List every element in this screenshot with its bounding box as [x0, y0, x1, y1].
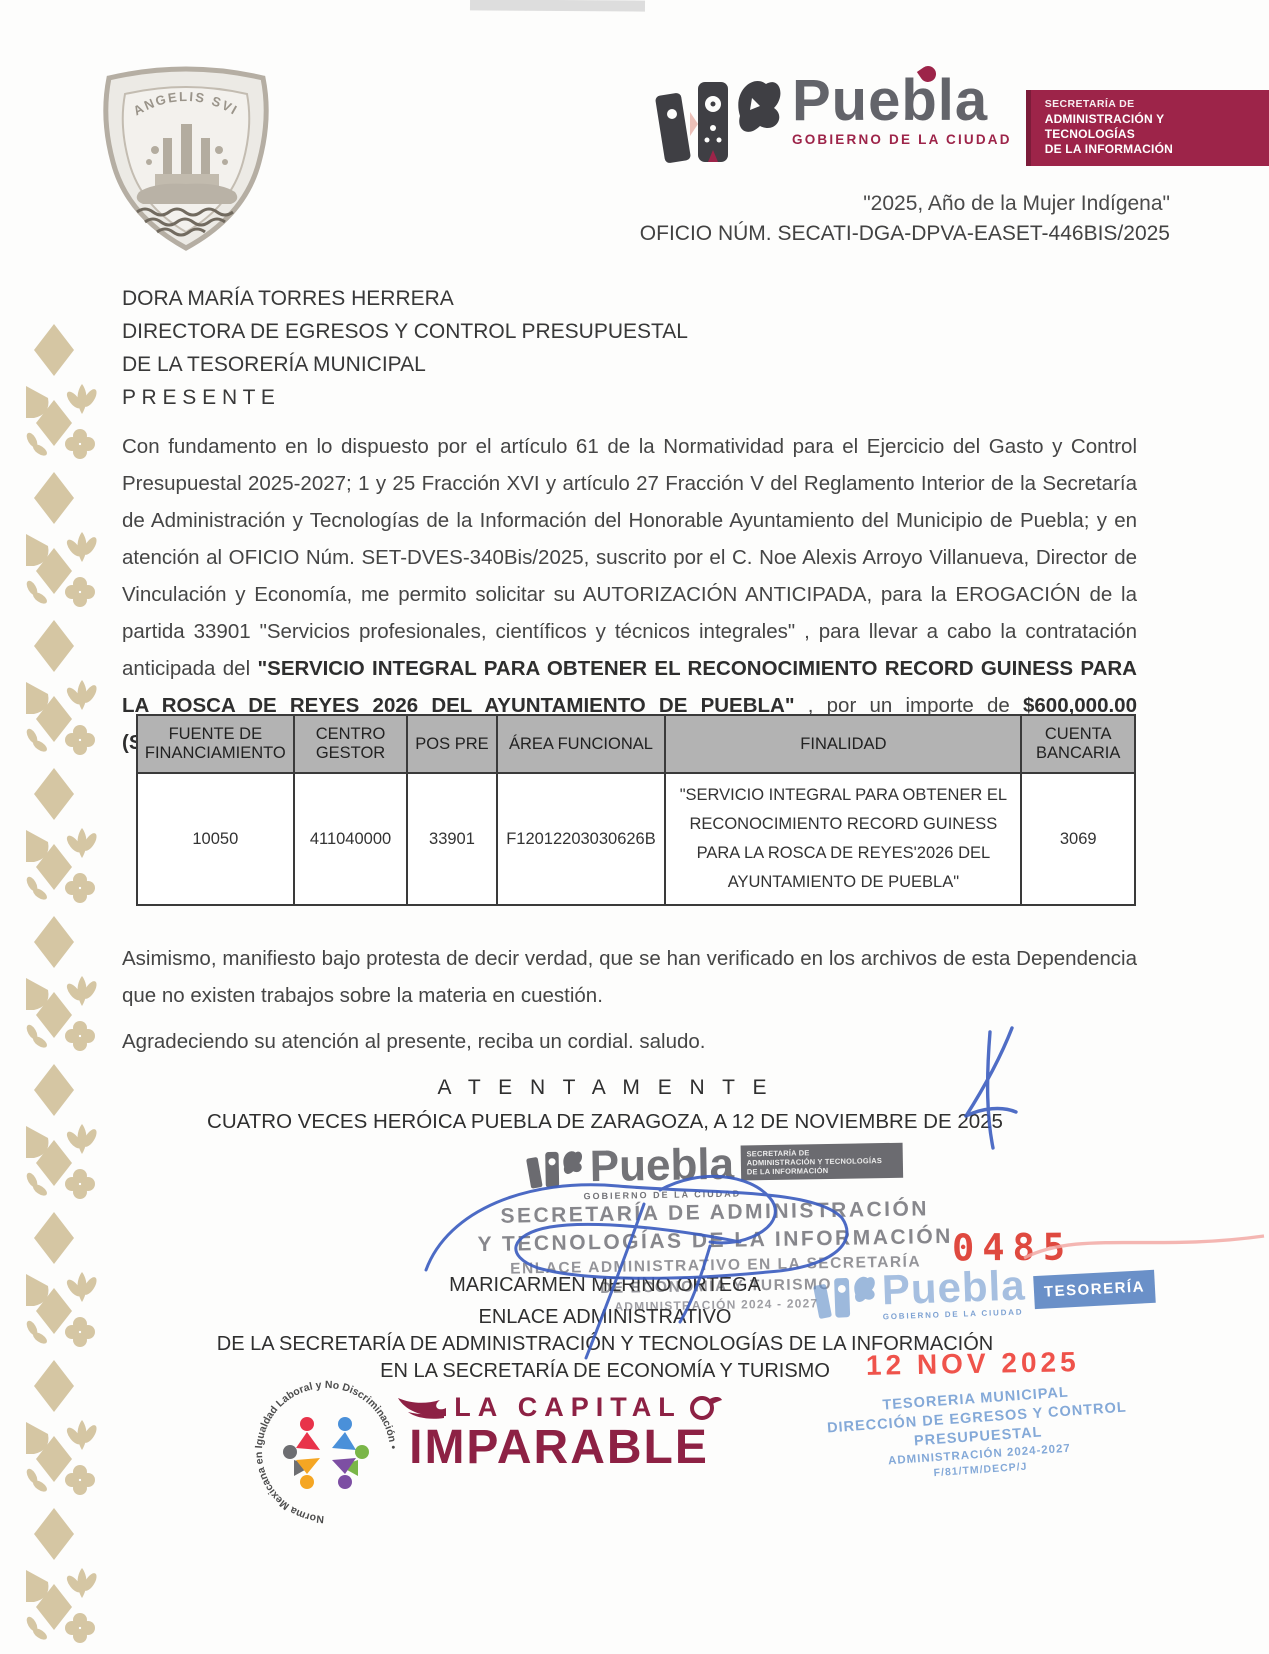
- document-page: ANGELIS SVIS DEVS Puebla: [0, 0, 1269, 1654]
- secretariat-banner: SECRETARÍA DE ADMINISTRACIÓN Y TECNOLOGÍ…: [1026, 90, 1269, 166]
- addressee-presente: P R E S E N T E: [122, 381, 688, 414]
- td-centro-gestor: 411040000: [294, 773, 408, 905]
- th-area-funcional: ÁREA FUNCIONAL: [497, 715, 666, 773]
- left-border-pattern: [18, 322, 102, 1654]
- banner-line3: DE LA INFORMACIÓN: [1045, 142, 1257, 157]
- addressee-block: DORA MARÍA TORRES HERRERA DIRECTORA DE E…: [122, 282, 688, 414]
- scan-artifact: [470, 0, 645, 12]
- td-pos-pre: 33901: [407, 773, 496, 905]
- wing-left-icon: [396, 1394, 448, 1422]
- th-pos-pre: POS PRE: [407, 715, 496, 773]
- norma-mexicana-seal: Norma Mexicana en Igualdad Laboral y No …: [250, 1376, 402, 1528]
- th-centro-gestor: CENTRO GESTOR: [294, 715, 408, 773]
- svg-text:Norma Mexicana en Igualdad Lab: Norma Mexicana en Igualdad Laboral y No …: [253, 1379, 399, 1525]
- th-cuenta-bancaria: CUENTA BANCARIA: [1021, 715, 1135, 773]
- puebla-logo: Puebla GOBIERNO DE LA CIUDAD SECRETARÍA …: [652, 72, 1269, 172]
- wing-right-icon: [688, 1394, 722, 1422]
- table-row: 10050 411040000 33901 F12012203030626B "…: [137, 773, 1135, 905]
- addressee-name: DORA MARÍA TORRES HERRERA: [122, 282, 688, 315]
- capital-imparable-logo: LA CAPITAL IMPARABLE: [394, 1392, 724, 1473]
- tesoreria-glyphs-icon: [811, 1269, 877, 1327]
- td-fuente: 10050: [137, 773, 294, 905]
- td-finalidad: "SERVICIO INTEGRAL PARA OBTENER EL RECON…: [665, 773, 1021, 905]
- tesoreria-stamp-text: TESORERIA MUNICIPAL DIRECCIÓN DE EGRESOS…: [795, 1378, 1160, 1490]
- norma-figures-icon: [283, 1417, 369, 1489]
- addressee-office: DE LA TESORERÍA MUNICIPAL: [122, 348, 688, 381]
- oficio-number: OFICIO NÚM. SECATI-DGA-DPVA-EASET-446BIS…: [400, 222, 1170, 246]
- td-cuenta-bancaria: 3069: [1021, 773, 1135, 905]
- date-received-stamp: 12 NOV 2025: [866, 1346, 1080, 1382]
- logo-subtitle: GOBIERNO DE LA CIUDAD: [792, 132, 1012, 147]
- banner-line2: ADMINISTRACIÓN Y TECNOLOGÍAS: [1045, 112, 1257, 142]
- capital-line2: IMPARABLE: [394, 1423, 724, 1473]
- year-legend: "2025, Año de la Mujer Indígena": [400, 192, 1170, 216]
- capital-line1: LA CAPITAL: [454, 1392, 681, 1423]
- paragraph-asimismo: Asimismo, manifiesto bajo protesta de de…: [122, 940, 1137, 1014]
- tesoreria-wordmark: Puebla: [881, 1263, 1026, 1312]
- table-header-row: FUENTE DE FINANCIAMIENTO CENTRO GESTOR P…: [137, 715, 1135, 773]
- td-area-funcional: F12012203030626B: [497, 773, 666, 905]
- pen-flourish-stroke: [948, 1022, 1032, 1154]
- addressee-title: DIRECTORA DE EGRESOS Y CONTROL PRESUPUES…: [122, 315, 688, 348]
- tesoreria-label: TESORERÍA: [1033, 1270, 1156, 1309]
- banner-line1: SECRETARÍA DE: [1045, 98, 1257, 110]
- p1-segment-1: Con fundamento en lo dispuesto por el ar…: [122, 435, 1137, 680]
- signature-stroke: [408, 1150, 888, 1365]
- city-crest: ANGELIS SVIS DEVS: [95, 66, 277, 254]
- logo-wordmark: Puebla: [792, 72, 1012, 130]
- body-paragraph-1: Con fundamento en lo dispuesto por el ar…: [122, 428, 1137, 761]
- budget-table: FUENTE DE FINANCIAMIENTO CENTRO GESTOR P…: [136, 714, 1136, 906]
- logo-glyphs-icon: [652, 72, 782, 172]
- th-finalidad: FINALIDAD: [665, 715, 1021, 773]
- th-fuente: FUENTE DE FINANCIAMIENTO: [137, 715, 294, 773]
